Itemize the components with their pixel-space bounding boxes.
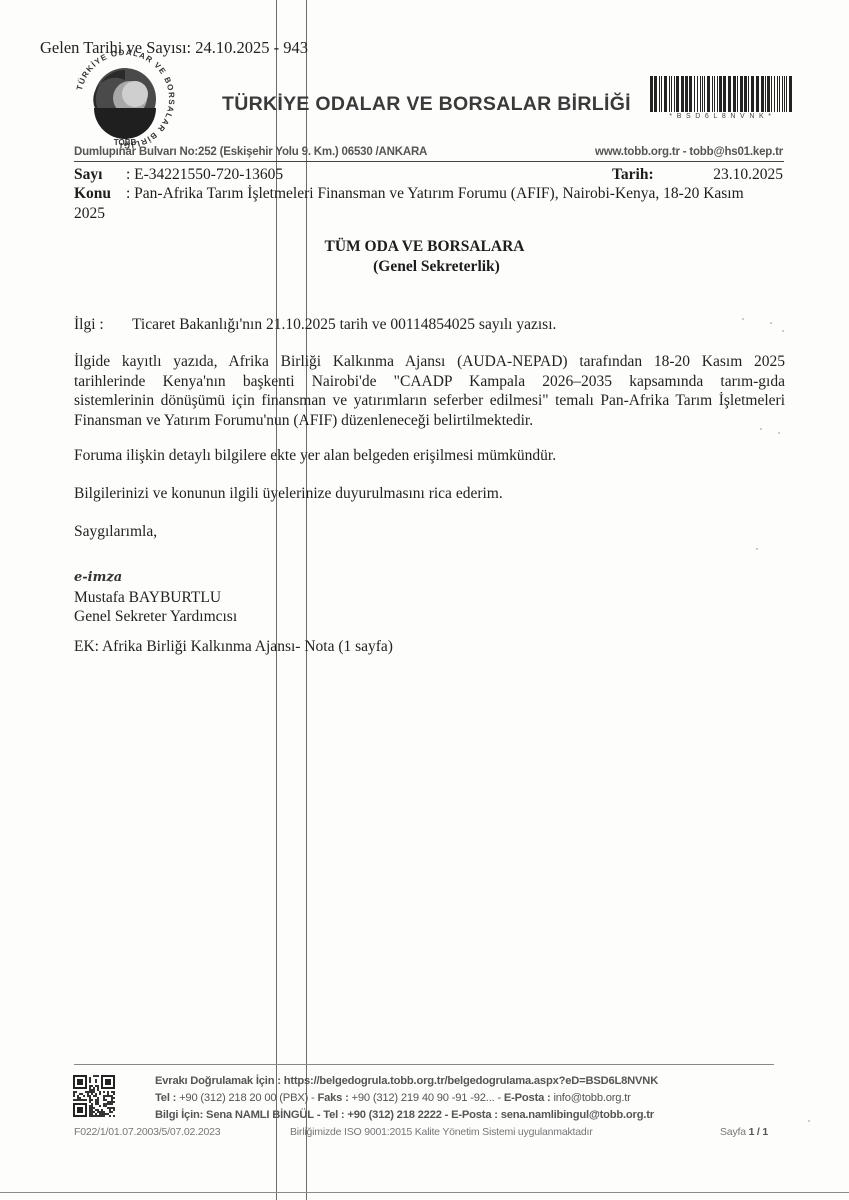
addressee-title: TÜM ODA VE BORSALARA — [0, 238, 849, 256]
scan-line — [306, 0, 307, 1200]
contact-line: Tel : +90 (312) 218 20 00 (PBX) - Faks :… — [155, 1090, 631, 1107]
page-value: 1 / 1 — [749, 1126, 768, 1138]
paragraph-line: Finansman ve Yatırım Forumu'nun (AFIF) d… — [74, 411, 785, 431]
addressee-subtitle: (Genel Sekreterlik) — [12, 258, 849, 276]
divider — [74, 1064, 774, 1065]
tel-value: +90 (312) 218 20 00 (PBX) — [179, 1092, 308, 1104]
attachment: EK: Afrika Birliği Kalkınma Ajansı- Nota… — [74, 637, 393, 657]
page-label: Sayfa — [720, 1126, 746, 1138]
konu-value-wrap: 2025 — [74, 205, 105, 223]
qr-code-icon[interactable] — [73, 1075, 115, 1117]
info-email[interactable]: E-Posta : sena.namlibingul@tobb.org.tr — [451, 1109, 654, 1121]
page-number: Sayfa 1 / 1 — [720, 1126, 768, 1138]
konu-value: : Pan-Afrika Tarım İşletmeleri Finansman… — [126, 185, 744, 203]
divider — [74, 161, 784, 162]
info-tel: Tel : +90 (312) 218 2222 — [323, 1109, 441, 1121]
verify-label: Evrakı Doğrulamak İçin : — [155, 1075, 281, 1087]
tarih-label: Tarih: — [612, 166, 654, 184]
barcode-icon — [650, 76, 795, 112]
form-code: F022/1/01.07.2003/5/07.02.2023 — [74, 1126, 220, 1138]
paragraph-line: tarihlerinde Kenya'nın başkenti Nairobi'… — [74, 372, 785, 392]
signer-title: Genel Sekreter Yardımcısı — [74, 607, 237, 627]
reference-value: Ticaret Bakanlığı'nın 21.10.2025 tarih v… — [132, 315, 556, 335]
tel-label: Tel : — [155, 1092, 176, 1104]
verify-line: Evrakı Doğrulamak İçin : https://belgedo… — [155, 1073, 658, 1090]
e-signature-mark: e-imza — [74, 570, 122, 585]
email-label: E-Posta : — [504, 1092, 551, 1104]
info-line: Bilgi İçin: Sena NAMLI BİNGÜL - Tel : +9… — [155, 1107, 654, 1124]
body-paragraph-1: İlgide kayıtlı yazıda, Afrika Birliği Ka… — [74, 352, 785, 430]
body-paragraph-2: Foruma ilişkin detaylı bilgilere ekte ye… — [74, 446, 556, 466]
iso-note: Birliğimizde ISO 9001:2015 Kalite Yöneti… — [290, 1126, 593, 1138]
konu-label: Konu — [74, 185, 111, 203]
reference-label: İlgi : — [74, 315, 104, 335]
closing: Saygılarımla, — [74, 522, 157, 542]
signer-name: Mustafa BAYBURTLU — [74, 588, 221, 608]
tarih-value: 23.10.2025 — [713, 166, 783, 184]
paragraph-line: sistemlerinin dönüşümü için finansman ve… — [74, 391, 785, 411]
web-contact[interactable]: www.tobb.org.tr - tobb@hs01.kep.tr — [595, 146, 783, 158]
email-link[interactable]: info@tobb.org.tr — [553, 1092, 630, 1104]
tobb-logo-icon: TÜRKİYE ODALAR VE BORSALAR BİRLİĞİ TOBB — [72, 46, 178, 152]
scan-line — [0, 1192, 849, 1193]
info-label: Bilgi İçin: Sena NAMLI BİNGÜL — [155, 1109, 314, 1121]
sayi-value: : E-34221550-720-13605 — [126, 166, 283, 184]
body-paragraph-3: Bilgilerinizi ve konunun ilgili üyelerin… — [74, 484, 503, 504]
org-name: TÜRKİYE ODALAR VE BORSALAR BİRLİĞİ — [222, 93, 631, 116]
fax-value: +90 (312) 219 40 90 -91 -92... — [352, 1092, 495, 1104]
paragraph-line: İlgide kayıtlı yazıda, Afrika Birliği Ka… — [74, 352, 785, 372]
address: Dumlupınar Bulvarı No:252 (Eskişehir Yol… — [74, 146, 427, 158]
sayi-label: Sayı — [74, 166, 102, 184]
fax-label: Faks : — [317, 1092, 348, 1104]
received-value: 24.10.2025 - 943 — [195, 38, 308, 57]
barcode-text: *BSD6L8NVNK* — [650, 113, 795, 120]
verify-link[interactable]: https://belgedogrula.tobb.org.tr/belgedo… — [284, 1075, 658, 1087]
